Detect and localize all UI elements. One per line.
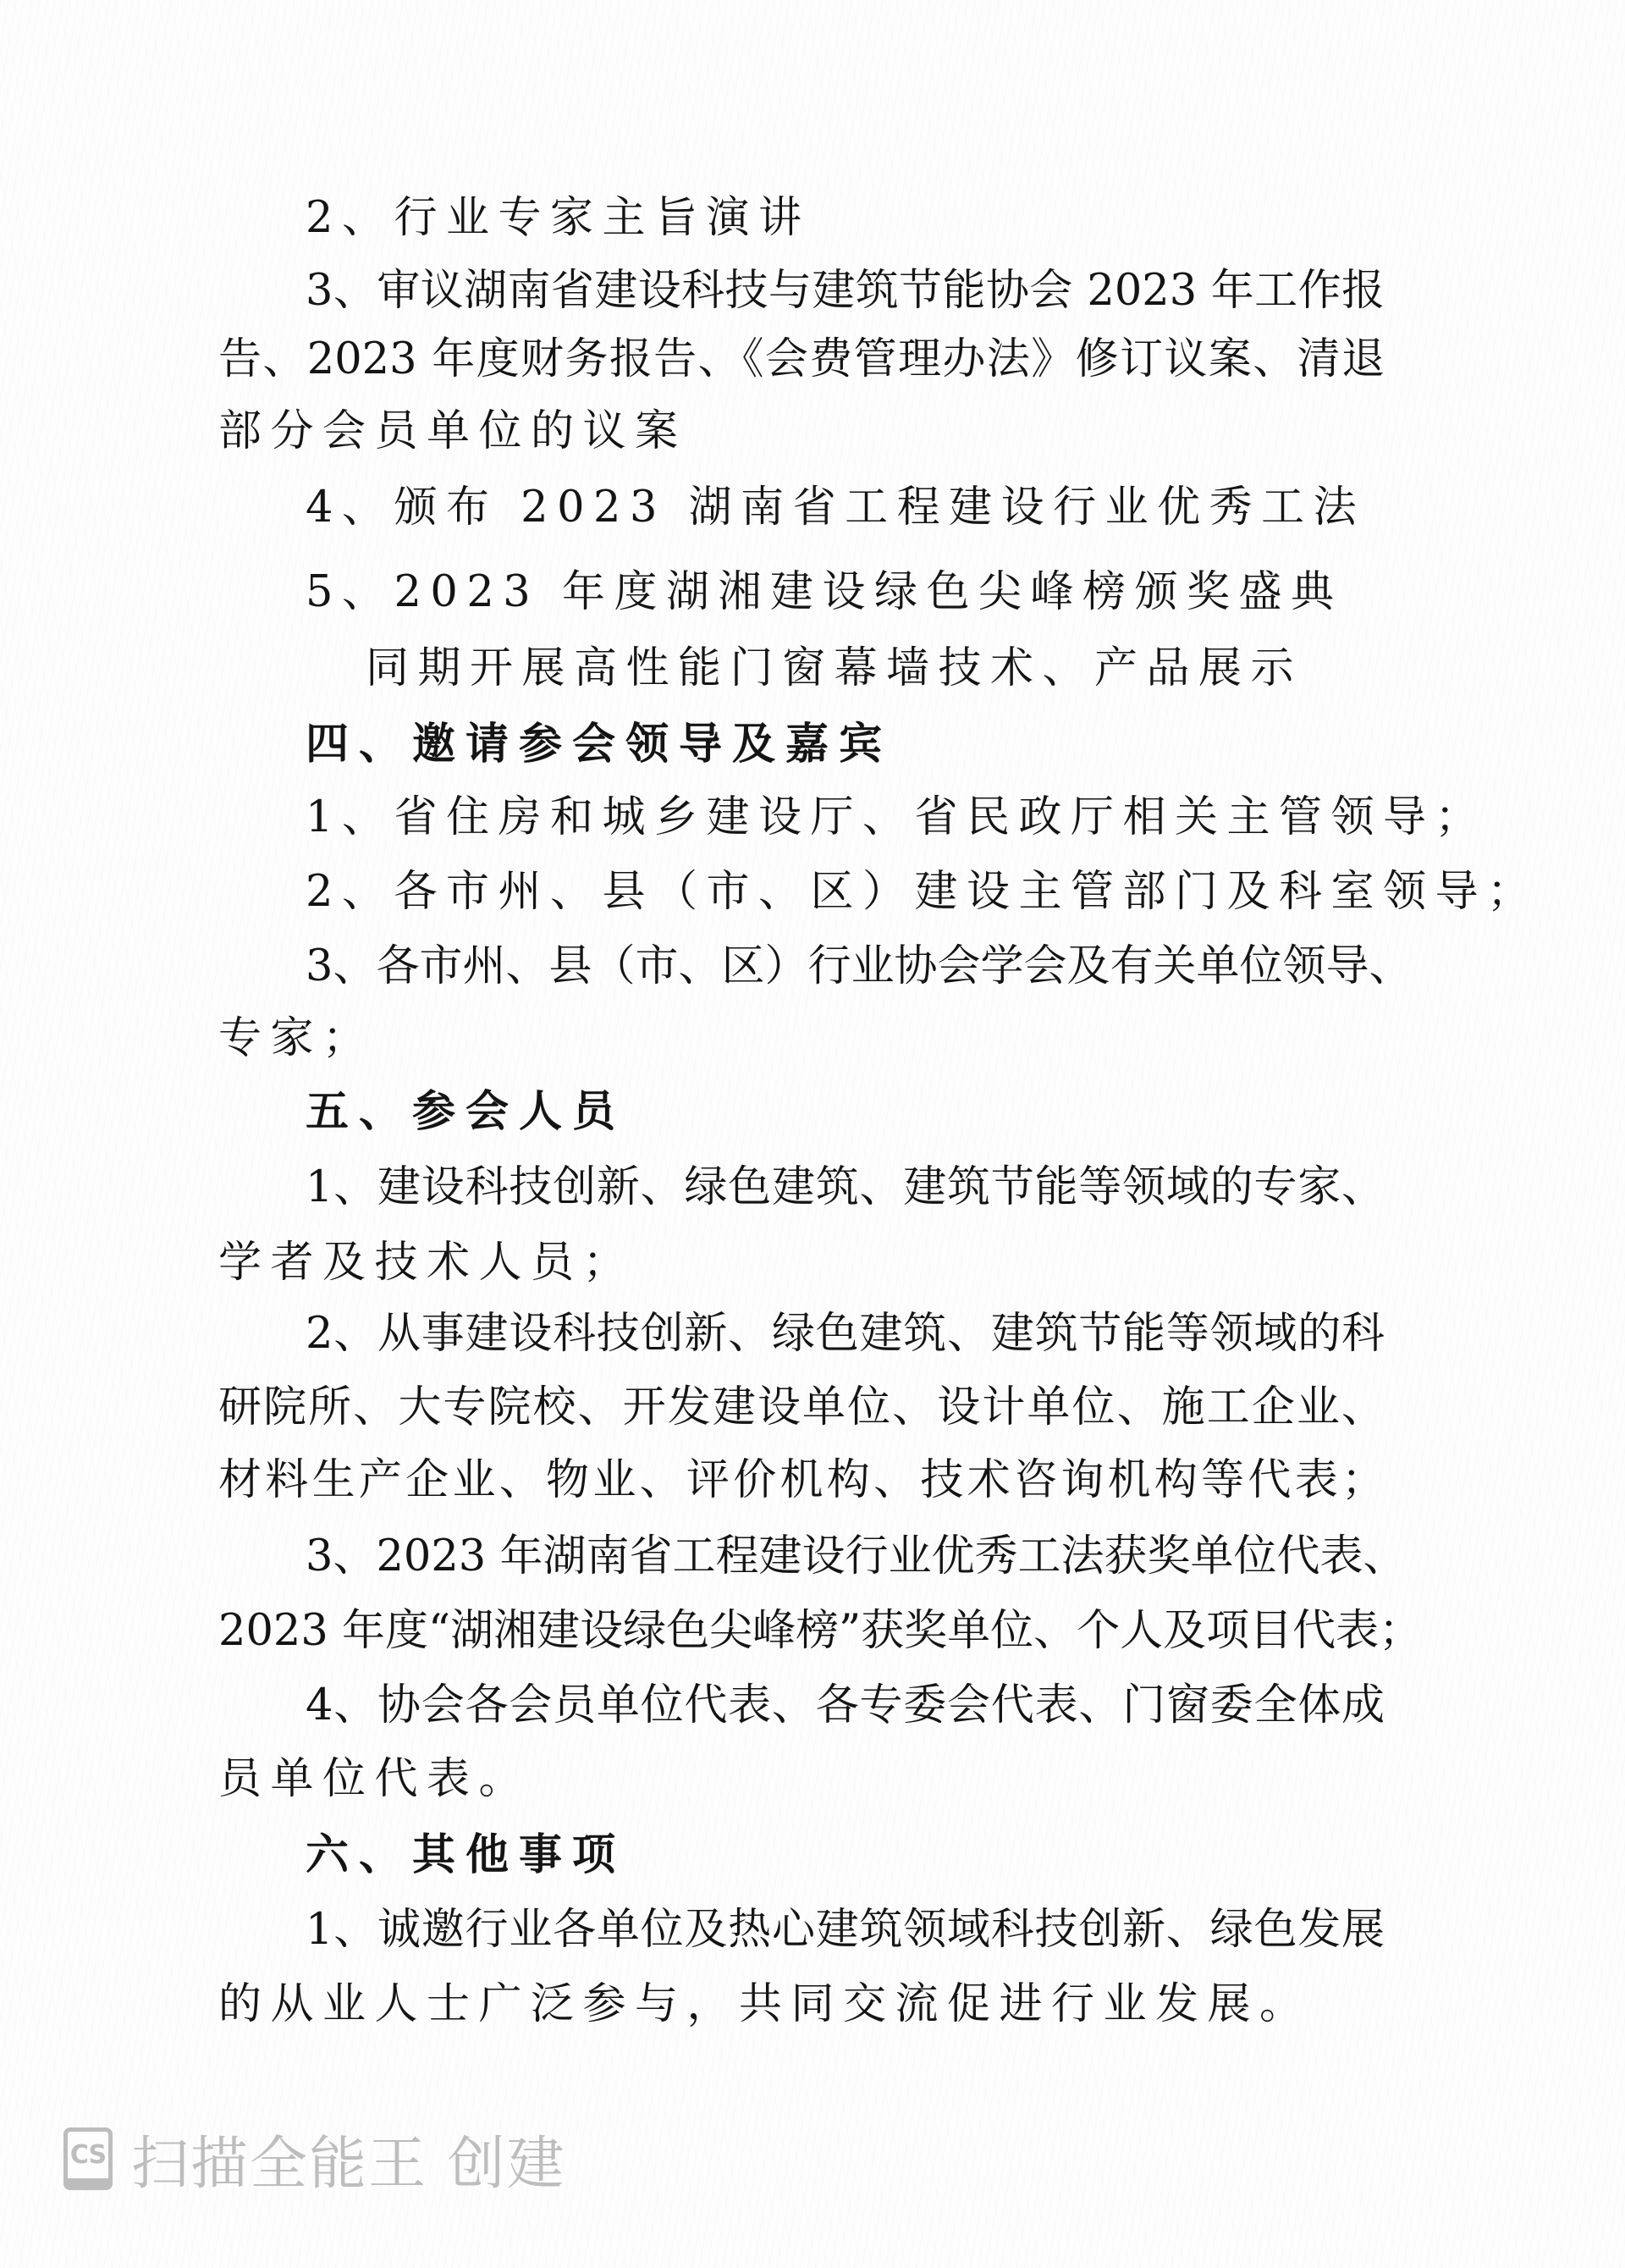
text-line: 1、诚邀行业各单位及热心建筑领域科技创新、绿色发展 xyxy=(306,1903,1385,1957)
text-line: 3、2023 年湖南省工程建设行业优秀工法获奖单位代表、 xyxy=(306,1530,1385,1584)
text-line: 4、颁布 2023 湖南省工程建设行业优秀工法 xyxy=(306,481,1365,535)
section-heading: 六、其他事项 xyxy=(306,1829,625,1883)
logo-text: CS xyxy=(70,2140,106,2170)
text-line: 告、2023 年度财务报告、《会费管理办法》修订议案、清退 xyxy=(218,333,1385,387)
text-line: 3、各市州、县（市、区）行业协会学会及有关单位领导、 xyxy=(306,940,1385,994)
text-line: 2、从事建设科技创新、绿色建筑、建筑节能等领域的科 xyxy=(306,1307,1385,1361)
text-line: 2、各市州、县（市、区）建设主管部门及科室领导； xyxy=(306,865,1539,919)
section-heading: 四、邀请参会领导及嘉宾 xyxy=(306,718,892,772)
text-line: 2023 年度“湖湘建设绿色尖峰榜”获奖单位、个人及项目代表； xyxy=(218,1604,1385,1658)
text-line: 5、2023 年度湖湘建设绿色尖峰榜颁奖盛典 xyxy=(306,566,1342,620)
scanner-watermark: CS 扫描全能王 创建 xyxy=(63,2121,566,2197)
section-heading: 五、参会人员 xyxy=(306,1085,625,1140)
text-line: 3、审议湖南省建设科技与建筑节能协会 2023 年工作报 xyxy=(306,264,1385,318)
text-line: 员单位代表。 xyxy=(218,1752,531,1807)
text-line: 4、协会各会员单位代表、各专委会代表、门窗委全体成 xyxy=(306,1679,1385,1733)
text-line: 的从业人士广泛参与，共同交流促进行业发展。 xyxy=(218,1978,1312,2032)
text-line: 2、行业专家主旨演讲 xyxy=(306,191,810,246)
text-line: 1、建设科技创新、绿色建筑、建筑节能等领域的专家、 xyxy=(306,1161,1385,1215)
text-line: 同期开展高性能门窗幕墙技术、产品展示 xyxy=(366,642,1303,696)
camscanner-logo-icon: CS xyxy=(63,2127,113,2190)
text-line: 专家； xyxy=(218,1012,375,1066)
text-line: 部分会员单位的议案 xyxy=(218,405,687,459)
text-line: 研院所、大专院校、开发建设单位、设计单位、施工企业、 xyxy=(218,1381,1385,1435)
text-line: 1、省住房和城乡建设厅、省民政厅相关主管领导； xyxy=(306,791,1487,845)
watermark-text: 扫描全能王 创建 xyxy=(131,2118,566,2200)
text-line: 材料生产企业、物业、评价机构、技术咨询机构等代表； xyxy=(218,1454,1385,1508)
text-line: 学者及技术人员； xyxy=(218,1236,635,1290)
